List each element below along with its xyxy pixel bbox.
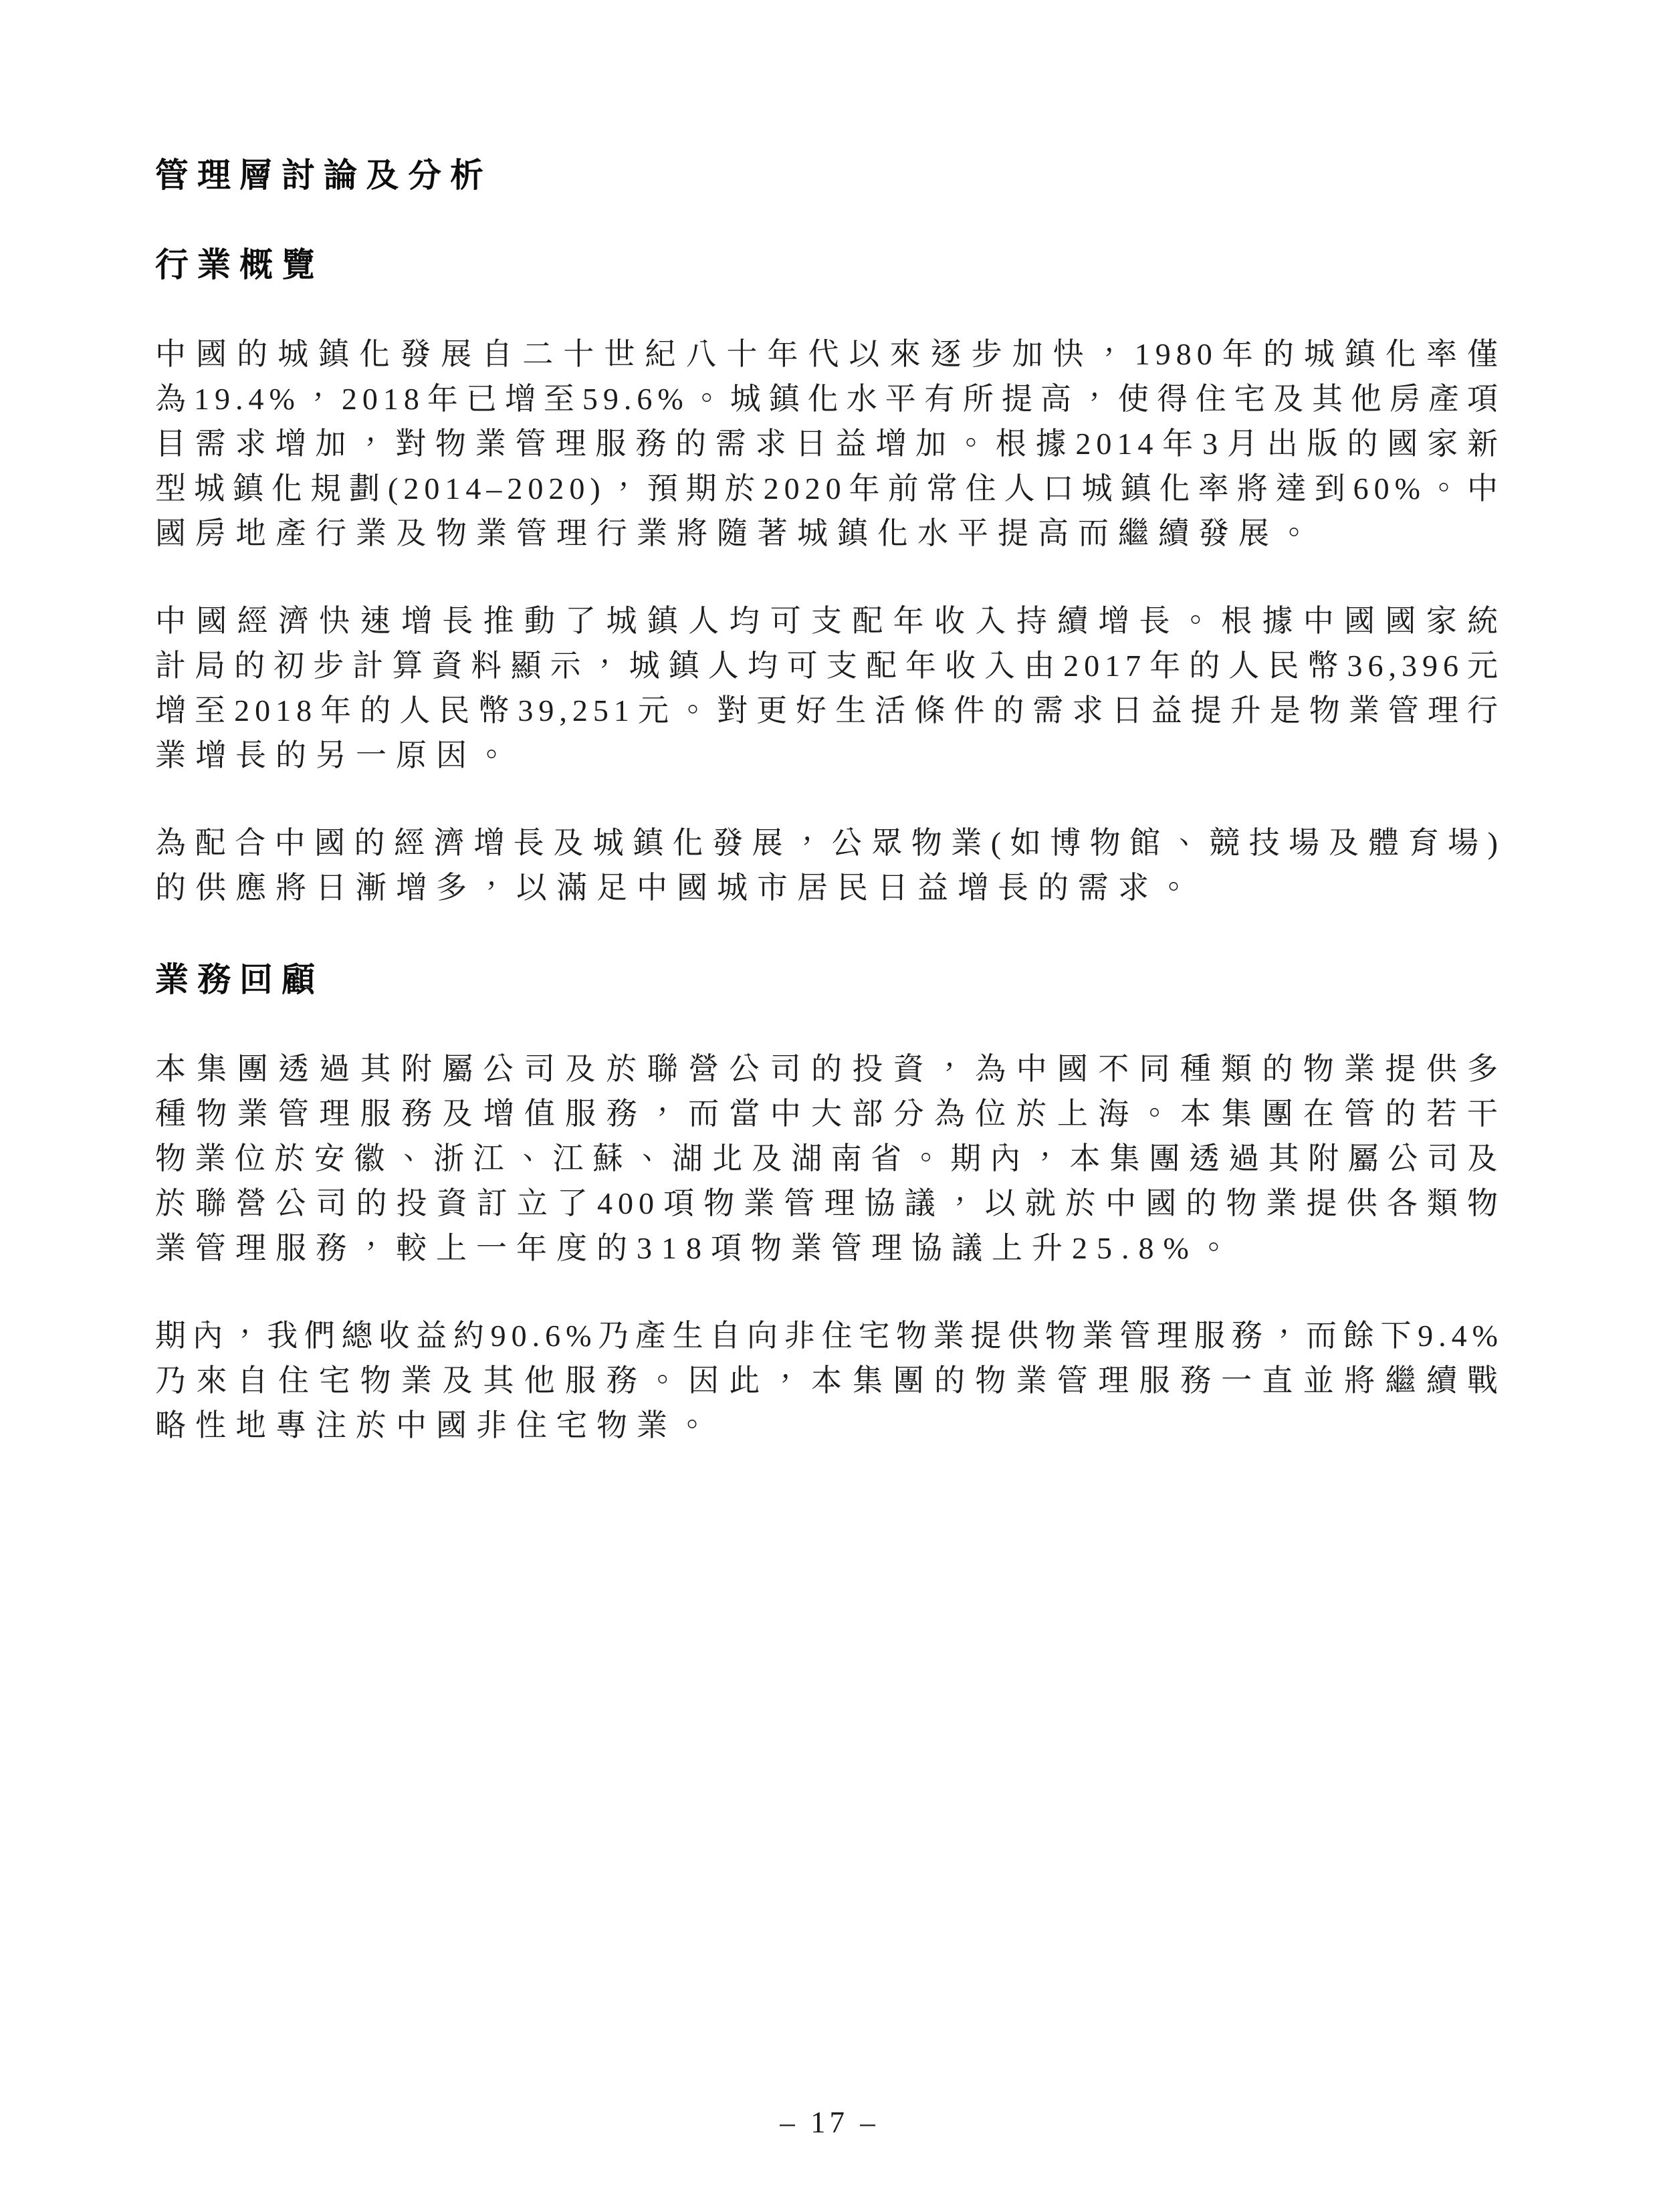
paragraph-disposable-income: 中國經濟快速增長推動了城鎮人均可支配年收入持續增長。根據中國國家統計局的初步計算… — [155, 598, 1503, 778]
paragraph-revenue-split: 期內，我們總收益約90.6%乃產生自向非住宅物業提供物業管理服務，而餘下9.4%… — [155, 1313, 1503, 1448]
text-line: 計局的初步計算資料顯示，城鎮人均可支配年收入由2017年的人民幣36,396元 — [155, 643, 1503, 688]
text-line: 為配合中國的經濟增長及城鎮化發展，公眾物業(如博物館、競技場及體育場) — [155, 820, 1503, 865]
paragraph-public-properties: 為配合中國的經濟增長及城鎮化發展，公眾物業(如博物館、競技場及體育場)的供應將日… — [155, 820, 1503, 910]
text-line: 於聯營公司的投資訂立了400項物業管理協議，以就於中國的物業提供各類物 — [155, 1181, 1503, 1226]
section-heading-business-review: 業務回顧 — [155, 960, 1503, 1000]
text-line: 目需求增加，對物業管理服務的需求日益增加。根據2014年3月出版的國家新 — [155, 421, 1503, 466]
paragraph-group-services: 本集團透過其附屬公司及於聯營公司的投資，為中國不同種類的物業提供多種物業管理服務… — [155, 1046, 1503, 1270]
text-line: 略性地專注於中國非住宅物業。 — [155, 1403, 1503, 1448]
text-line: 中國的城鎮化發展自二十世紀八十年代以來逐步加快，1980年的城鎮化率僅 — [155, 332, 1503, 376]
document-page: 管理層討論及分析 行業概覽 中國的城鎮化發展自二十世紀八十年代以來逐步加快，19… — [0, 0, 1659, 2212]
text-line: 種物業管理服務及增值服務，而當中大部分為位於上海。本集團在管的若干 — [155, 1091, 1503, 1136]
text-line: 本集團透過其附屬公司及於聯營公司的投資，為中國不同種類的物業提供多 — [155, 1046, 1503, 1091]
text-line: 國房地產行業及物業管理行業將隨著城鎮化水平提高而繼續發展。 — [155, 511, 1503, 556]
text-line: 物業位於安徽、浙江、江蘇、湖北及湖南省。期內，本集團透過其附屬公司及 — [155, 1136, 1503, 1181]
paragraph-urbanization: 中國的城鎮化發展自二十世紀八十年代以來逐步加快，1980年的城鎮化率僅為19.4… — [155, 332, 1503, 556]
section-industry-overview: 行業概覽 中國的城鎮化發展自二十世紀八十年代以來逐步加快，1980年的城鎮化率僅… — [155, 245, 1503, 910]
text-line: 業管理服務，較上一年度的318項物業管理協議上升25.8%。 — [155, 1226, 1503, 1270]
page-number: – 17 – — [0, 2105, 1659, 2140]
text-line: 型城鎮化規劃(2014–2020)，預期於2020年前常住人口城鎮化率將達到60… — [155, 466, 1503, 511]
text-line: 的供應將日漸增多，以滿足中國城市居民日益增長的需求。 — [155, 865, 1503, 910]
text-line: 期內，我們總收益約90.6%乃產生自向非住宅物業提供物業管理服務，而餘下9.4% — [155, 1313, 1503, 1358]
page-content: 管理層討論及分析 行業概覽 中國的城鎮化發展自二十世紀八十年代以來逐步加快，19… — [155, 155, 1503, 1448]
text-line: 為19.4%，2018年已增至59.6%。城鎮化水平有所提高，使得住宅及其他房產… — [155, 376, 1503, 421]
text-line: 乃來自住宅物業及其他服務。因此，本集團的物業管理服務一直並將繼續戰 — [155, 1358, 1503, 1403]
text-line: 業增長的另一原因。 — [155, 733, 1503, 778]
page-title: 管理層討論及分析 — [155, 155, 1503, 195]
section-heading-industry-overview: 行業概覽 — [155, 245, 1503, 285]
section-business-review: 業務回顧 本集團透過其附屬公司及於聯營公司的投資，為中國不同種類的物業提供多種物… — [155, 960, 1503, 1448]
text-line: 增至2018年的人民幣39,251元。對更好生活條件的需求日益提升是物業管理行 — [155, 688, 1503, 733]
text-line: 中國經濟快速增長推動了城鎮人均可支配年收入持續增長。根據中國國家統 — [155, 598, 1503, 643]
